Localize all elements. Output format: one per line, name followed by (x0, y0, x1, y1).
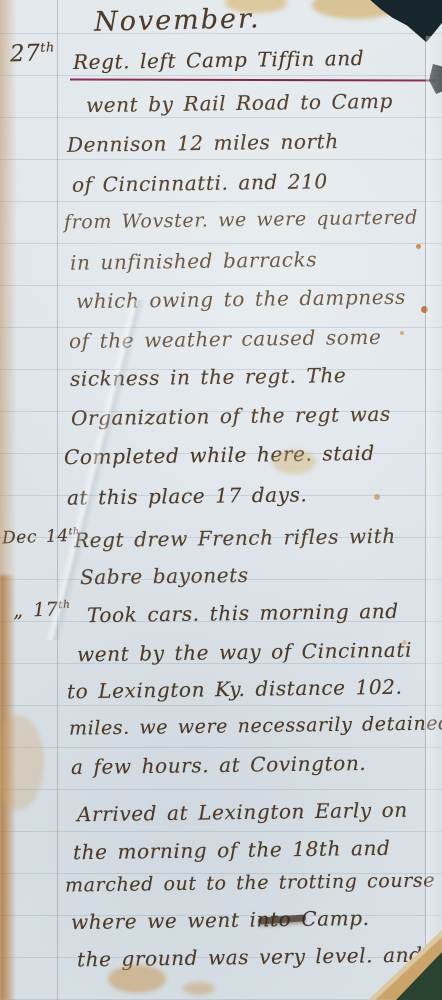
manuscript-line: the morning of the 18th and (73, 836, 391, 864)
manuscript-line: in unfinished barracks (70, 247, 317, 274)
manuscript-line: at this place 17 days. (67, 482, 308, 509)
manuscript-line: Dennison 12 miles north (67, 129, 339, 157)
manuscript-line: a few hours. at Covington. (71, 751, 367, 779)
foxing-spot (374, 494, 380, 500)
foxing-spot (402, 640, 407, 645)
foxing-spot (400, 331, 404, 335)
stain-middle (272, 450, 316, 474)
manuscript-line: sickness in the regt. The (70, 363, 347, 391)
manuscript-line: of Cincinnatti. and 210 (72, 169, 328, 197)
manuscript-line: which owing to the dampness (76, 285, 406, 314)
date-suffix: th (58, 599, 71, 611)
manuscript-line: Regt drew French rifles with (74, 524, 396, 552)
manuscript-line: went by Rail Road to Camp (86, 89, 393, 117)
manuscript-line: Organization of the regt was (71, 402, 391, 430)
manuscript-line: marched out to the trotting course (65, 869, 435, 896)
entry-date-ditto-17th: „ 17th (13, 598, 71, 622)
journal-page: November. 27th Dec 14th „ 17th Regt. lef… (0, 0, 442, 1000)
manuscript-line: where we went into Camp. (71, 906, 370, 934)
manuscript-line: Completed while here. staid (64, 441, 375, 469)
date-suffix: th (40, 39, 55, 54)
manuscript-line: miles. we were necessarily detained (69, 712, 442, 739)
stain-left (0, 715, 44, 810)
stain-bottom-left (108, 965, 166, 993)
page-edge-highlight (426, 36, 442, 952)
manuscript-line: from Wovster. we were quartered (64, 207, 418, 234)
manuscript-line: went by the way of Cincinnati (77, 638, 412, 667)
red-underline (70, 79, 436, 82)
page-edge-line (425, 36, 426, 1000)
foxing-spot (416, 244, 421, 249)
manuscript-line: Arrived at Lexington Early on (77, 798, 408, 827)
manuscript-line: to Lexington Ky. distance 102. (67, 675, 403, 704)
margin-rule-line (57, 0, 58, 1000)
stain-bottom-left-small (183, 982, 215, 995)
date-number: „ 17 (13, 598, 59, 622)
manuscript-line: Took cars. this morning and (87, 599, 399, 627)
manuscript-line: Sabre bayonets (80, 563, 249, 589)
manuscript-line: Regt. left Camp Tiffin and (73, 46, 365, 74)
manuscript-line: of the weather caused some (69, 325, 382, 353)
